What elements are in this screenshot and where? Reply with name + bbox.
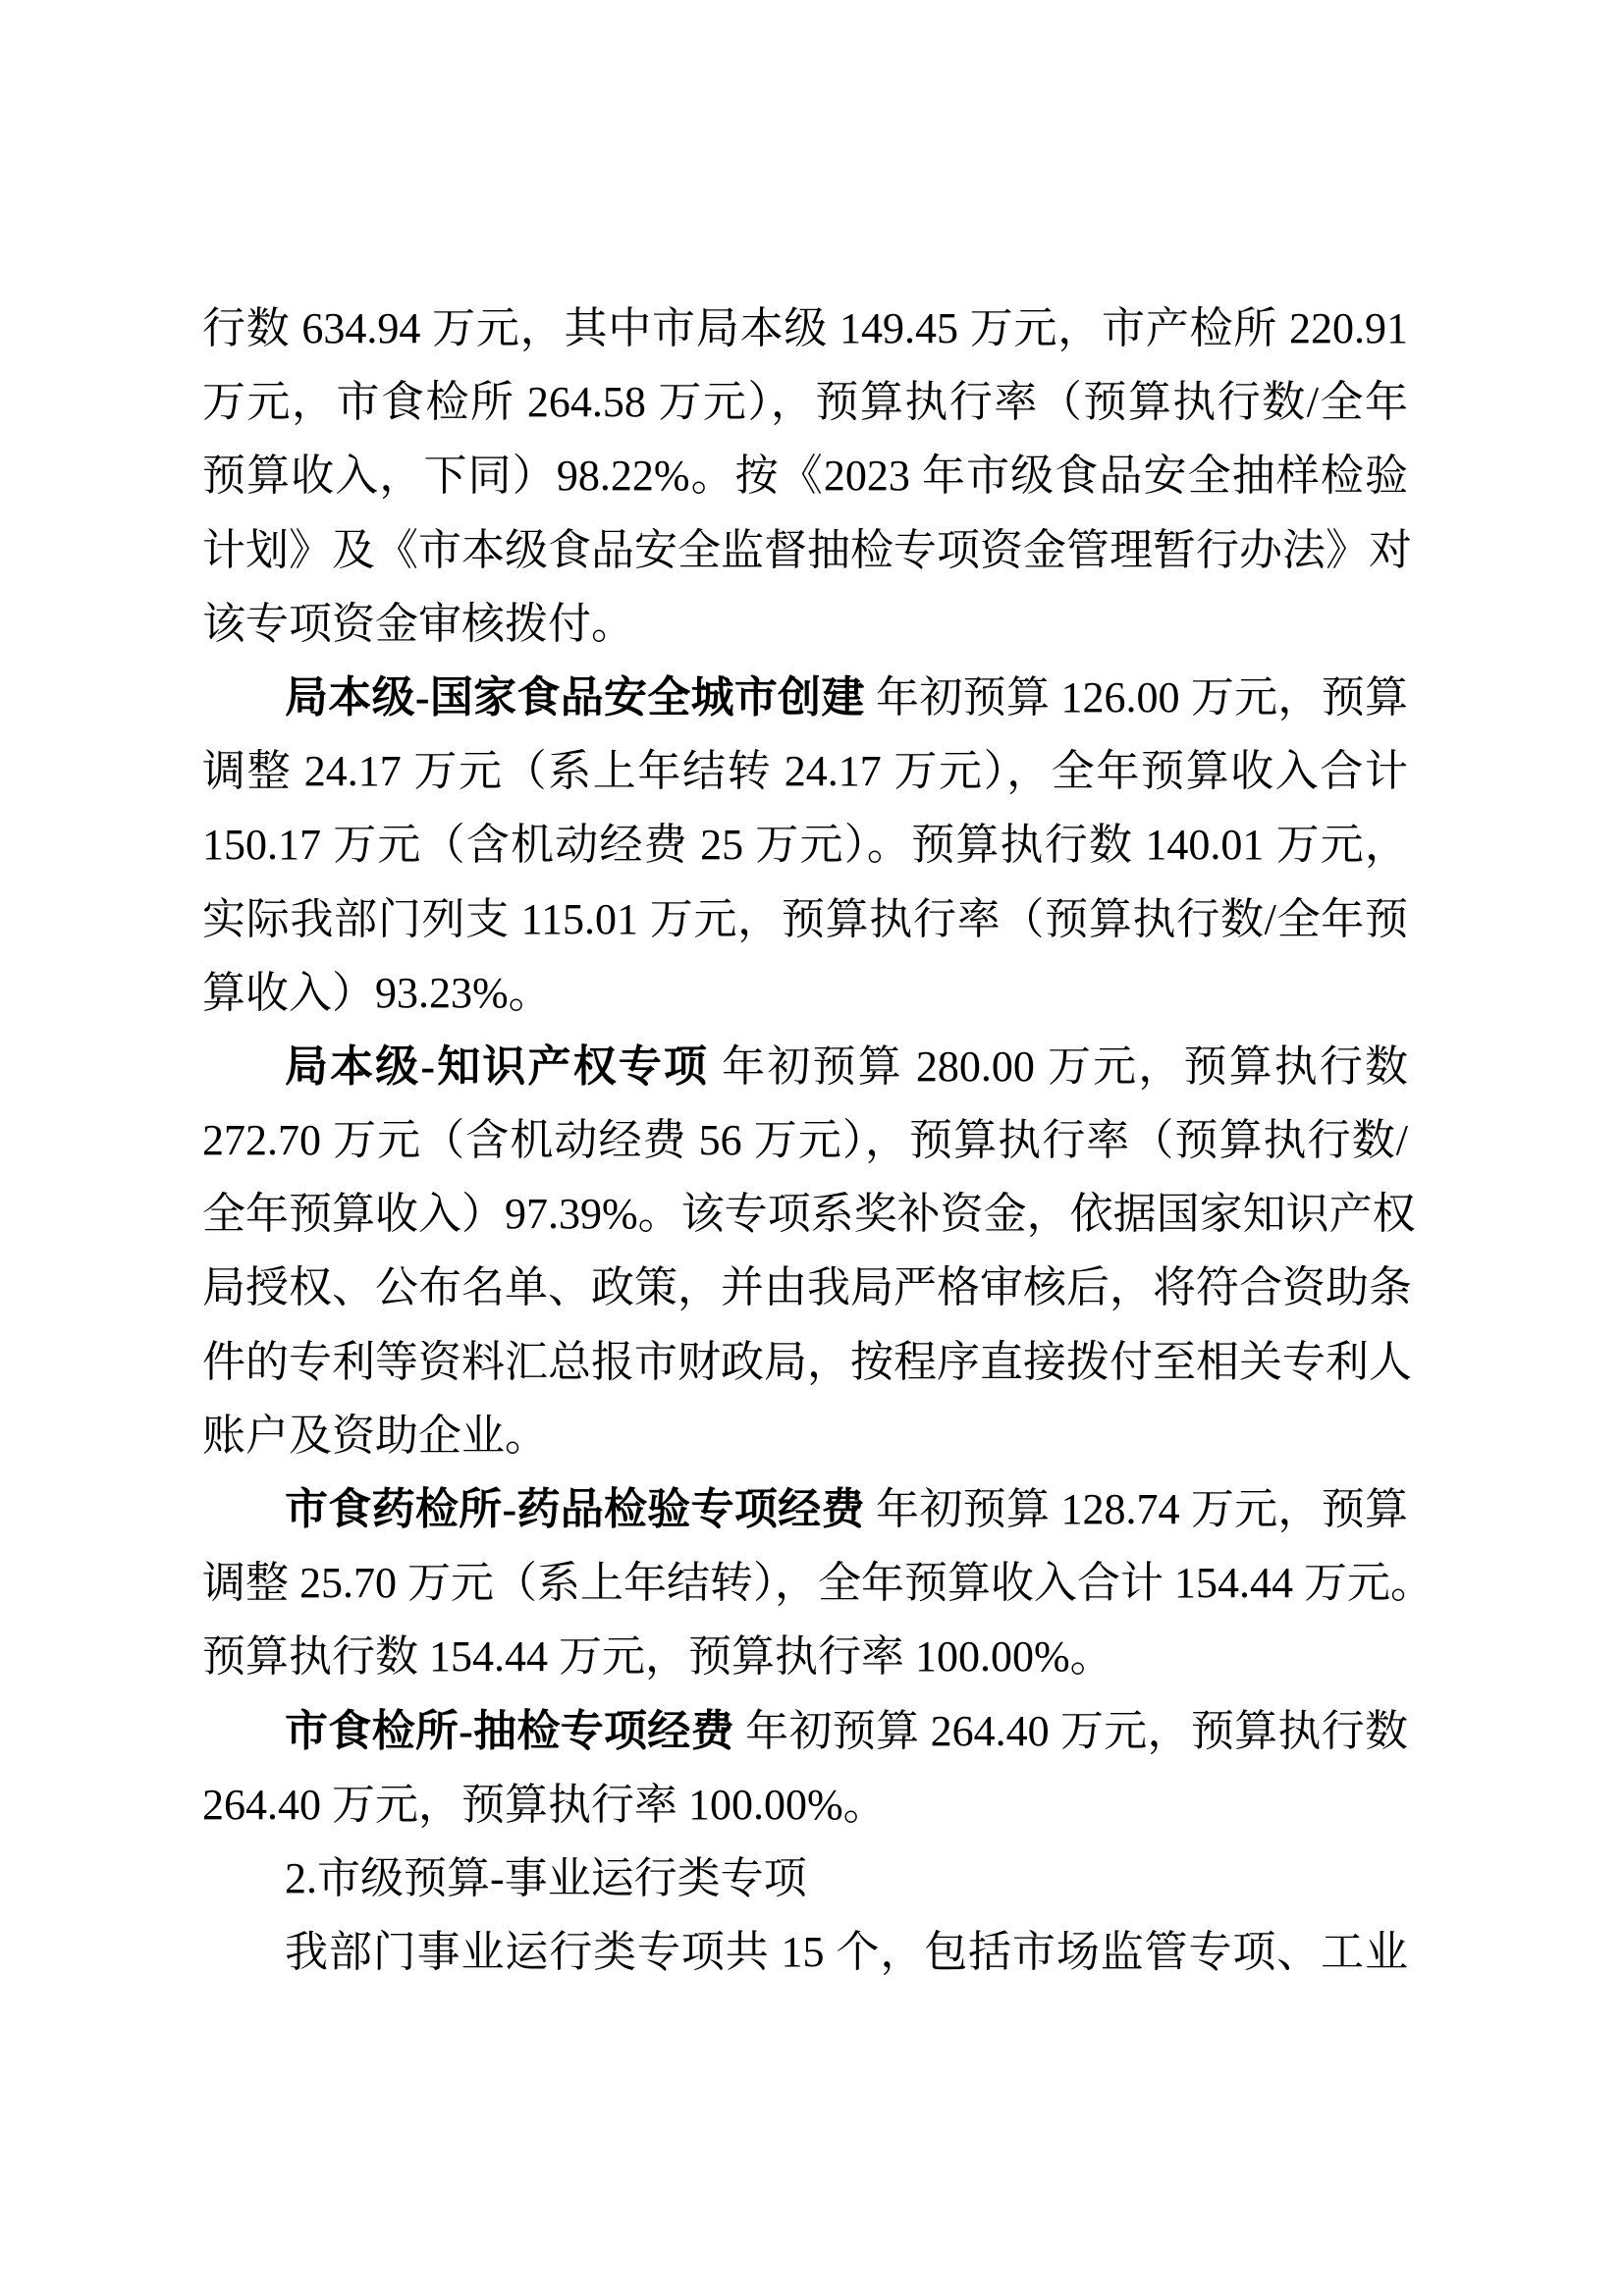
text-run: 预算收入，下同）98.22%。按《2023 年市级食品安全抽样检验 [202,452,1408,500]
text-line-14: 局授权、公布名单、政策，并由我局严格审核后，将符合资助条 [202,1251,1408,1324]
text-line-5: 该专项资金审核拨付。 [202,587,1408,661]
heading-run: 局本级-知识产权专项 [285,1042,709,1091]
text-run: 预算执行数 154.44 万元，预算执行率 100.00%。 [202,1632,1113,1681]
text-line-18: 调整 25.70 万元（系上年结转），全年预算收入合计 154.44 万元。 [202,1546,1408,1620]
text-run: 150.17 万元（含机动经费 25 万元）。预算执行数 140.01 万元， [202,821,1408,869]
text-run: 该专项资金审核拨付。 [202,600,634,648]
text-run: 调整 24.17 万元（系上年结转 24.17 万元），全年预算收入合计 [202,747,1408,795]
text-run: 全年预算收入）97.39%。该专项系奖补资金，依据国家知识产权 [202,1190,1416,1238]
text-run: 264.40 万元，预算执行率 100.00%。 [202,1781,887,1829]
text-line-9: 实际我部门列支 115.01 万元，预算执行率（预算执行数/全年预 [202,882,1408,956]
text-line-6: 局本级-国家食品安全城市创建 年初预算 126.00 万元，预算 [202,661,1408,734]
text-line-19: 预算执行数 154.44 万元，预算执行率 100.00%。 [202,1620,1408,1693]
text-run: 计划》及《市本级食品安全监督抽检专项资金管理暂行办法》对 [202,526,1412,574]
text-line-12: 272.70 万元（含机动经费 56 万元），预算执行率（预算执行数/ [202,1103,1408,1177]
text-run: 2.市级预算-事业运行类专项 [285,1854,807,1902]
text-line-7: 调整 24.17 万元（系上年结转 24.17 万元），全年预算收入合计 [202,734,1408,808]
heading-run: 局本级-国家食品安全城市创建 [285,673,865,721]
document-body: 行数 634.94 万元，其中市局本级 149.45 万元，市产检所 220.9… [202,292,1408,1989]
text-line-15: 件的专利等资料汇总报市财政局，按程序直接拨付至相关专利人 [202,1325,1408,1399]
text-line-11: 局本级-知识产权专项 年初预算 280.00 万元，预算执行数 [202,1030,1408,1103]
text-run: 行数 634.94 万元，其中市局本级 149.45 万元，市产检所 220.9… [202,304,1408,352]
text-run: 件的专利等资料汇总报市财政局，按程序直接拨付至相关专利人 [202,1338,1412,1386]
text-line-10: 算收入）93.23%。 [202,956,1408,1030]
text-line-4: 计划》及《市本级食品安全监督抽检专项资金管理暂行办法》对 [202,513,1408,587]
text-line-13: 全年预算收入）97.39%。该专项系奖补资金，依据国家知识产权 [202,1177,1408,1251]
text-line-21: 264.40 万元，预算执行率 100.00%。 [202,1768,1408,1842]
text-line-3: 预算收入，下同）98.22%。按《2023 年市级食品安全抽样检验 [202,439,1408,512]
text-run: 调整 25.70 万元（系上年结转），全年预算收入合计 154.44 万元。 [202,1559,1434,1607]
text-run: 年初预算 264.40 万元，预算执行数 [734,1707,1408,1755]
document-page: 行数 634.94 万元，其中市局本级 149.45 万元，市产检所 220.9… [0,0,1624,2296]
text-run: 年初预算 128.74 万元，预算 [865,1485,1408,1533]
text-line-8: 150.17 万元（含机动经费 25 万元）。预算执行数 140.01 万元， [202,808,1408,881]
text-run: 局授权、公布名单、政策，并由我局严格审核后，将符合资助条 [202,1263,1412,1311]
text-line-20: 市食检所-抽检专项经费 年初预算 264.40 万元，预算执行数 [202,1694,1408,1768]
text-run: 年初预算 280.00 万元，预算执行数 [709,1042,1408,1091]
heading-run: 市食检所-抽检专项经费 [285,1707,734,1755]
text-run: 账户及资助企业。 [202,1412,548,1460]
text-run: 实际我部门列支 115.01 万元，预算执行率（预算执行数/全年预 [202,895,1408,943]
text-run: 年初预算 126.00 万元，预算 [865,673,1408,721]
text-run: 算收入）93.23%。 [202,969,552,1017]
text-line-17: 市食药检所-药品检验专项经费 年初预算 128.74 万元，预算 [202,1472,1408,1546]
text-run: 我部门事业运行类专项共 15 个，包括市场监管专项、工业 [285,1928,1408,1976]
text-line-2: 万元，市食检所 264.58 万元），预算执行率（预算执行数/全年 [202,365,1408,439]
text-line-23: 我部门事业运行类专项共 15 个，包括市场监管专项、工业 [202,1915,1408,1989]
text-run: 万元，市食检所 264.58 万元），预算执行率（预算执行数/全年 [202,378,1408,426]
heading-run: 市食药检所-药品检验专项经费 [285,1485,865,1533]
text-line-16: 账户及资助企业。 [202,1399,1408,1472]
text-line-22: 2.市级预算-事业运行类专项 [202,1842,1408,1915]
text-run: 272.70 万元（含机动经费 56 万元），预算执行率（预算执行数/ [202,1116,1408,1164]
text-line-1: 行数 634.94 万元，其中市局本级 149.45 万元，市产检所 220.9… [202,292,1408,365]
